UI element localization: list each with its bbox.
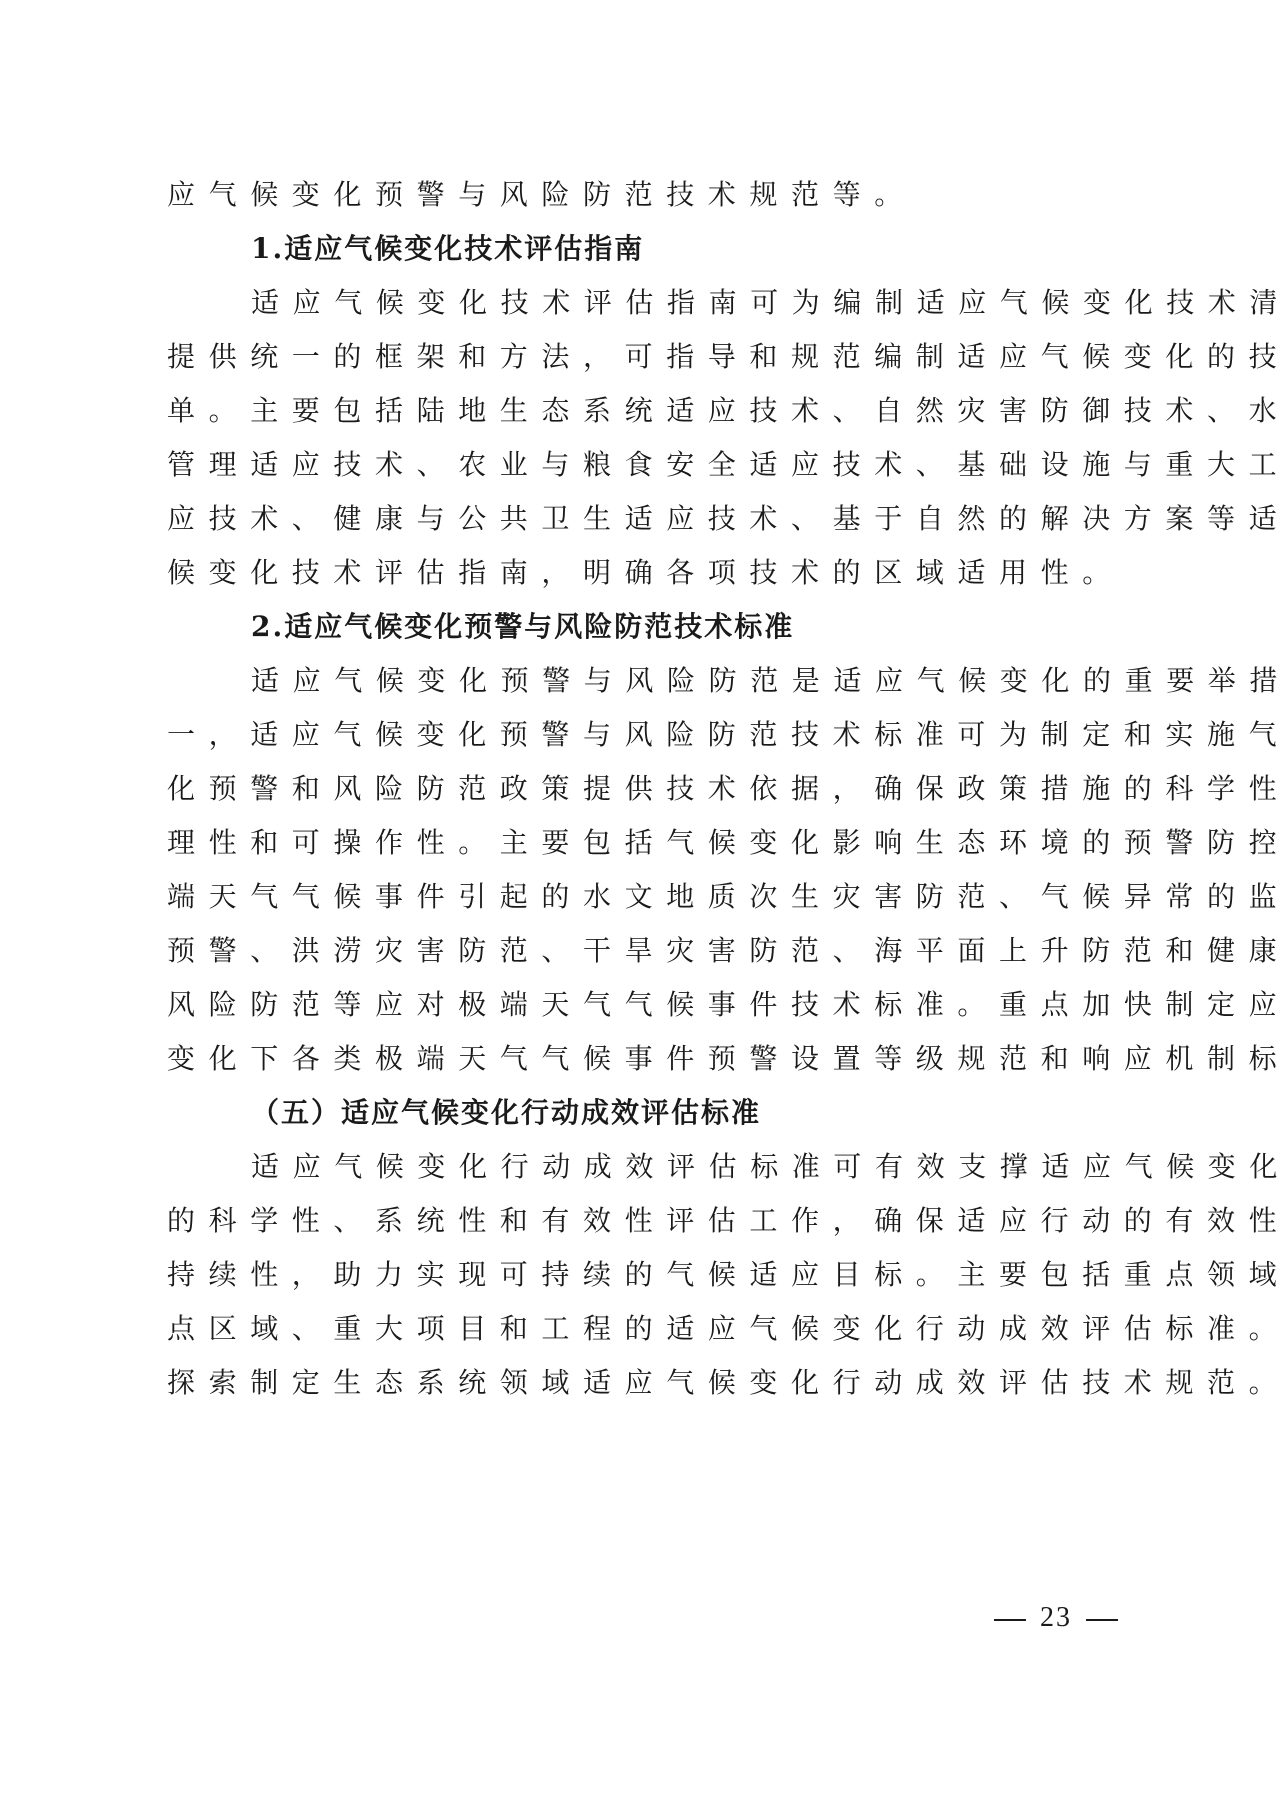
paragraph-1-line: 适应气候变化技术评估指南可为编制适应气候变化技术清单 — [167, 276, 967, 330]
paragraph-1-line: 管理适应技术、农业与粮食安全适应技术、基础设施与重大工程适 — [167, 438, 967, 492]
page-body: 应气候变化预警与风险防范技术规范等。 1.适应气候变化技术评估指南 适应气候变化… — [167, 168, 967, 1410]
text-line-continuation: 应气候变化预警与风险防范技术规范等。 — [167, 168, 967, 222]
subsection-heading-1: 1.适应气候变化技术评估指南 — [167, 222, 967, 276]
subsection-heading-2: 2.适应气候变化预警与风险防范技术标准 — [167, 600, 967, 654]
paragraph-2-line: 一，适应气候变化预警与风险防范技术标准可为制定和实施气候变 — [167, 708, 967, 762]
dash-left-icon — [994, 1619, 1026, 1621]
paragraph-2-line: 适应气候变化预警与风险防范是适应气候变化的重要举措之 — [167, 654, 967, 708]
paragraph-3-line: 的科学性、系统性和有效性评估工作，确保适应行动的有效性和可 — [167, 1194, 967, 1248]
paragraph-1-line: 候变化技术评估指南，明确各项技术的区域适用性。 — [167, 546, 967, 600]
page-number: 23 — [980, 1602, 1132, 1634]
paragraph-3-line: 适应气候变化行动成效评估标准可有效支撑适应气候变化行动 — [167, 1140, 967, 1194]
paragraph-2-line: 化预警和风险防范政策提供技术依据，确保政策措施的科学性、合 — [167, 762, 967, 816]
paragraph-1-line: 应技术、健康与公共卫生适应技术、基于自然的解决方案等适应气 — [167, 492, 967, 546]
dash-right-icon — [1086, 1619, 1118, 1621]
section-heading-5: （五）适应气候变化行动成效评估标准 — [167, 1086, 967, 1140]
document-page: 应气候变化预警与风险防范技术规范等。 1.适应气候变化技术评估指南 适应气候变化… — [0, 0, 1280, 1810]
paragraph-1-line: 单。主要包括陆地生态系统适应技术、自然灾害防御技术、水资源 — [167, 384, 967, 438]
paragraph-1-line: 提供统一的框架和方法，可指导和规范编制适应气候变化的技术清 — [167, 330, 967, 384]
paragraph-2-line: 变化下各类极端天气气候事件预警设置等级规范和响应机制标准。 — [167, 1032, 967, 1086]
paragraph-2-line: 风险防范等应对极端天气气候事件技术标准。重点加快制定应对气候 — [167, 978, 967, 1032]
paragraph-2-line: 理性和可操作性。主要包括气候变化影响生态环境的预警防控、极 — [167, 816, 967, 870]
paragraph-3-line: 点区域、重大项目和工程的适应气候变化行动成效评估标准。重点 — [167, 1302, 967, 1356]
paragraph-2-line: 预警、洪涝灾害防范、干旱灾害防范、海平面上升防范和健康卫生 — [167, 924, 967, 978]
paragraph-3-line: 持续性，助力实现可持续的气候适应目标。主要包括重点领域、重 — [167, 1248, 967, 1302]
paragraph-2-line: 端天气气候事件引起的水文地质次生灾害防范、气候异常的监测与 — [167, 870, 967, 924]
page-number-value: 23 — [1040, 1602, 1072, 1633]
paragraph-3-line: 探索制定生态系统领域适应气候变化行动成效评估技术规范。 — [167, 1356, 967, 1410]
